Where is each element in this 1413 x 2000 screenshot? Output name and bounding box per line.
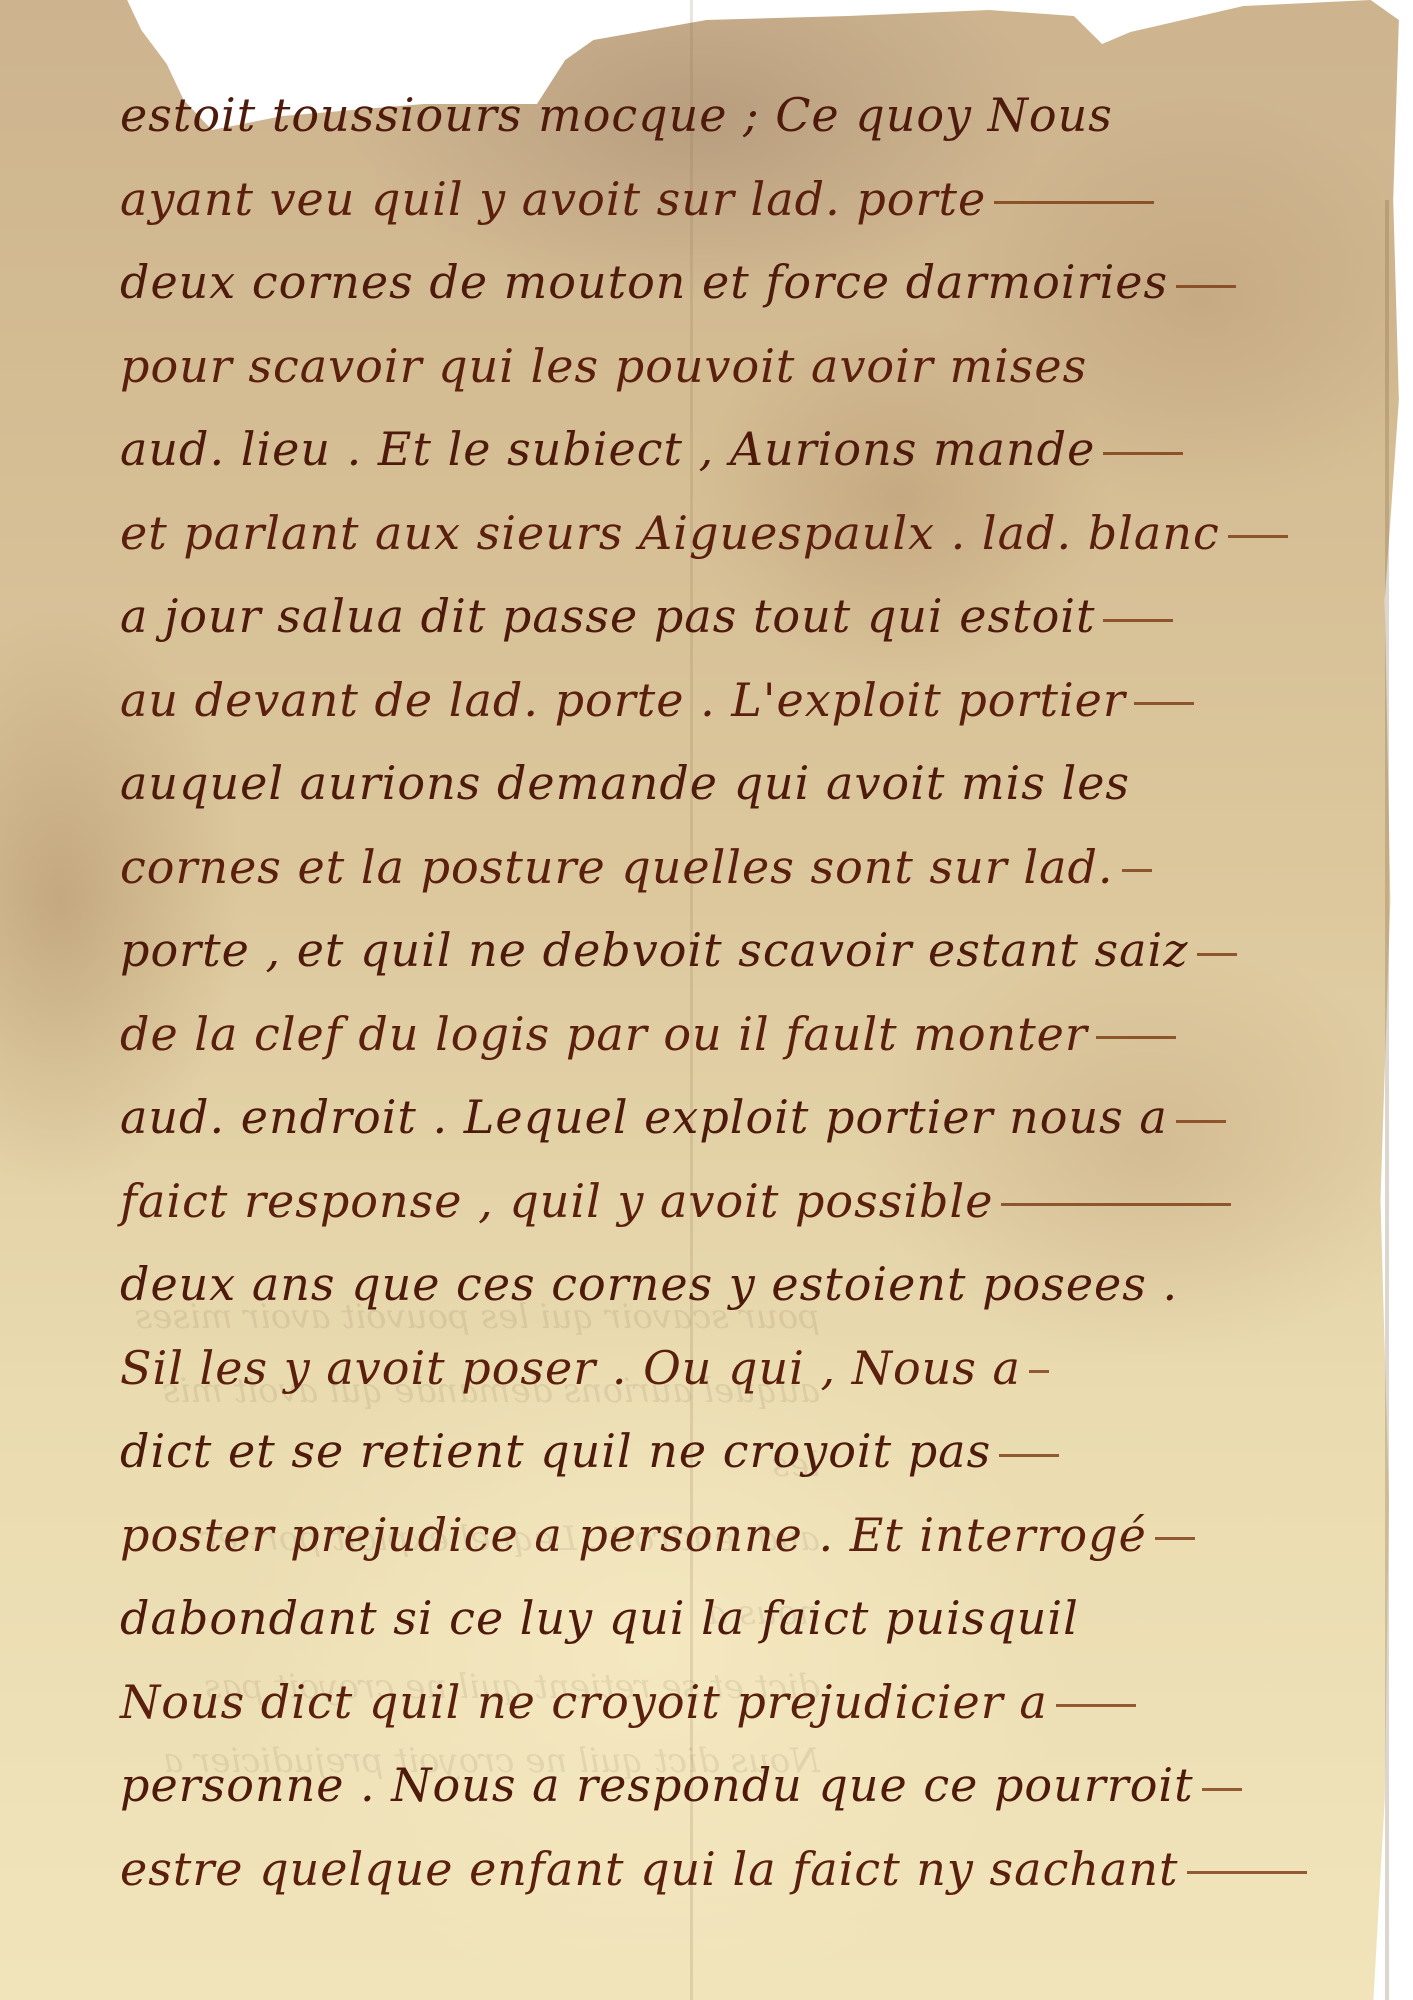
line-filler-stroke [1176, 285, 1236, 288]
line-filler-stroke [1122, 869, 1152, 872]
manuscript-line: pour scavoir qui les pouvoit avoir mises [120, 336, 1390, 420]
line-filler-stroke [1197, 953, 1237, 956]
manuscript-line: Sil les y avoit poser . Ou qui , Nous a [120, 1338, 1390, 1422]
manuscript-line: et parlant aux sieurs Aiguespaulx . lad.… [120, 503, 1390, 587]
manuscript-line: porte , et quil ne debvoit scavoir estan… [120, 920, 1390, 1004]
line-filler-stroke [1202, 1788, 1242, 1791]
manuscript-line: estoit toussiours mocque ; Ce quoy Nous [120, 85, 1390, 169]
manuscript-line: aud. endroit . Lequel exploit portier no… [120, 1087, 1390, 1171]
line-filler-stroke [1103, 452, 1183, 455]
line-filler-stroke [1187, 1871, 1307, 1874]
manuscript-line: auquel aurions demande qui avoit mis les [120, 753, 1390, 837]
manuscript-line: dabondant si ce luy qui la faict puisqui… [120, 1588, 1390, 1672]
manuscript-line: poster prejudice a personne . Et interro… [120, 1505, 1390, 1589]
line-filler-stroke [994, 201, 1154, 204]
manuscript-line: aud. lieu . Et le subiect , Aurions mand… [120, 419, 1390, 503]
manuscript-line: faict response , quil y avoit possible [120, 1171, 1390, 1255]
manuscript-line: personne . Nous a respondu que ce pourro… [120, 1755, 1390, 1839]
line-filler-stroke [1096, 1036, 1176, 1039]
manuscript-line: estre quelque enfant qui la faict ny sac… [120, 1839, 1390, 1923]
line-filler-stroke [1176, 1120, 1226, 1123]
manuscript-line: dict et se retient quil ne croyoit pas [120, 1421, 1390, 1505]
manuscript-line: deux ans que ces cornes y estoient posee… [120, 1254, 1390, 1338]
manuscript-line: de la clef du logis par ou il fault mont… [120, 1004, 1390, 1088]
manuscript-line: a jour salua dit passe pas tout qui esto… [120, 586, 1390, 670]
line-filler-stroke [1001, 1203, 1231, 1206]
manuscript-line: ayant veu quil y avoit sur lad. porte [120, 169, 1390, 253]
line-filler-stroke [1029, 1370, 1049, 1373]
line-filler-stroke [1228, 535, 1288, 538]
manuscript-line: deux cornes de mouton et force darmoirie… [120, 252, 1390, 336]
line-filler-stroke [1103, 619, 1173, 622]
manuscript-line: cornes et la posture quelles sont sur la… [120, 837, 1390, 921]
line-filler-stroke [1056, 1704, 1136, 1707]
line-filler-stroke [999, 1454, 1059, 1457]
line-filler-stroke [1155, 1537, 1195, 1540]
manuscript-line: Nous dict quil ne croyoit prejudicier a [120, 1672, 1390, 1756]
manuscript-text: estoit toussiours mocque ; Ce quoy Nous … [120, 85, 1390, 1922]
manuscript-line: au devant de lad. porte . L'exploit port… [120, 670, 1390, 754]
line-filler-stroke [1134, 702, 1194, 705]
